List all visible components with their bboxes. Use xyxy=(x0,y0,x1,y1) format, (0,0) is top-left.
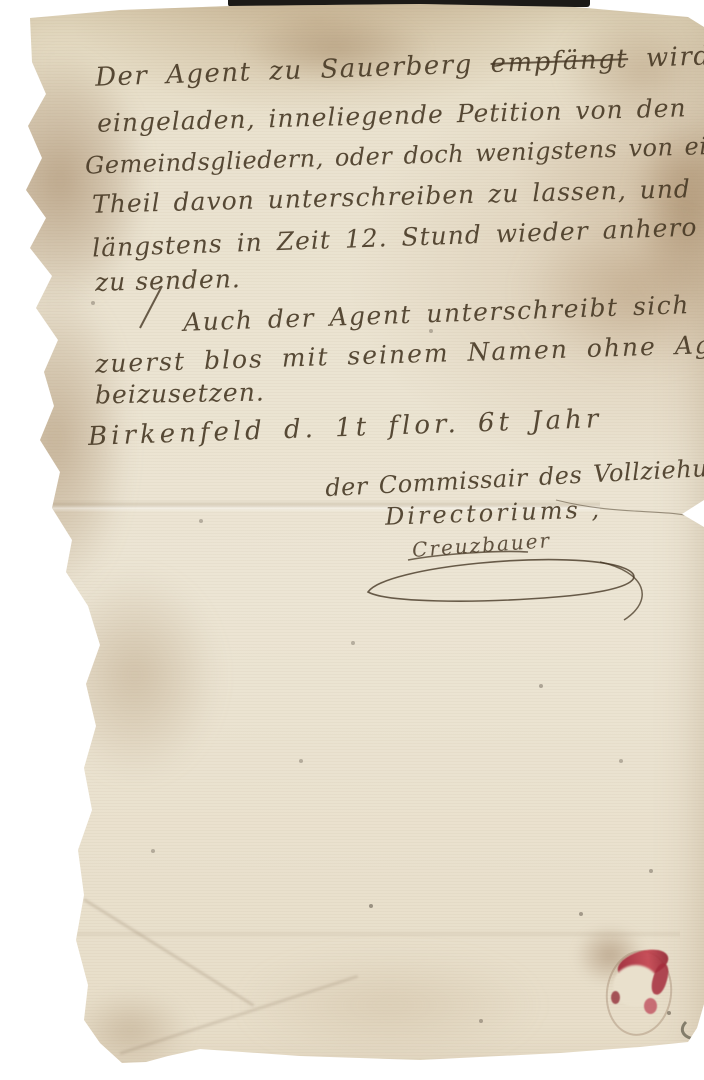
manuscript-line-6: zu senden. xyxy=(95,264,242,297)
scanned-document: Der Agent zu Sauerberg empfängt wird ein… xyxy=(0,0,704,1080)
line-1-end: wird xyxy=(645,41,704,73)
stain-bottom-center xyxy=(240,950,540,1060)
wax-seal-fragment xyxy=(611,991,620,1004)
wax-seal-fragment xyxy=(644,998,657,1014)
stain-left-middle xyxy=(50,570,220,780)
stain-bottom-left-edge xyxy=(70,990,190,1070)
fold-crease-faint xyxy=(60,930,680,938)
manuscript-paper: Der Agent zu Sauerberg empfängt wird ein… xyxy=(0,0,704,1080)
paper-speckles xyxy=(0,0,2,2)
margin-dash xyxy=(2,450,14,452)
manuscript-line-9: beizusetzen. xyxy=(95,378,265,410)
struck-out-word: empfängt xyxy=(490,44,629,79)
